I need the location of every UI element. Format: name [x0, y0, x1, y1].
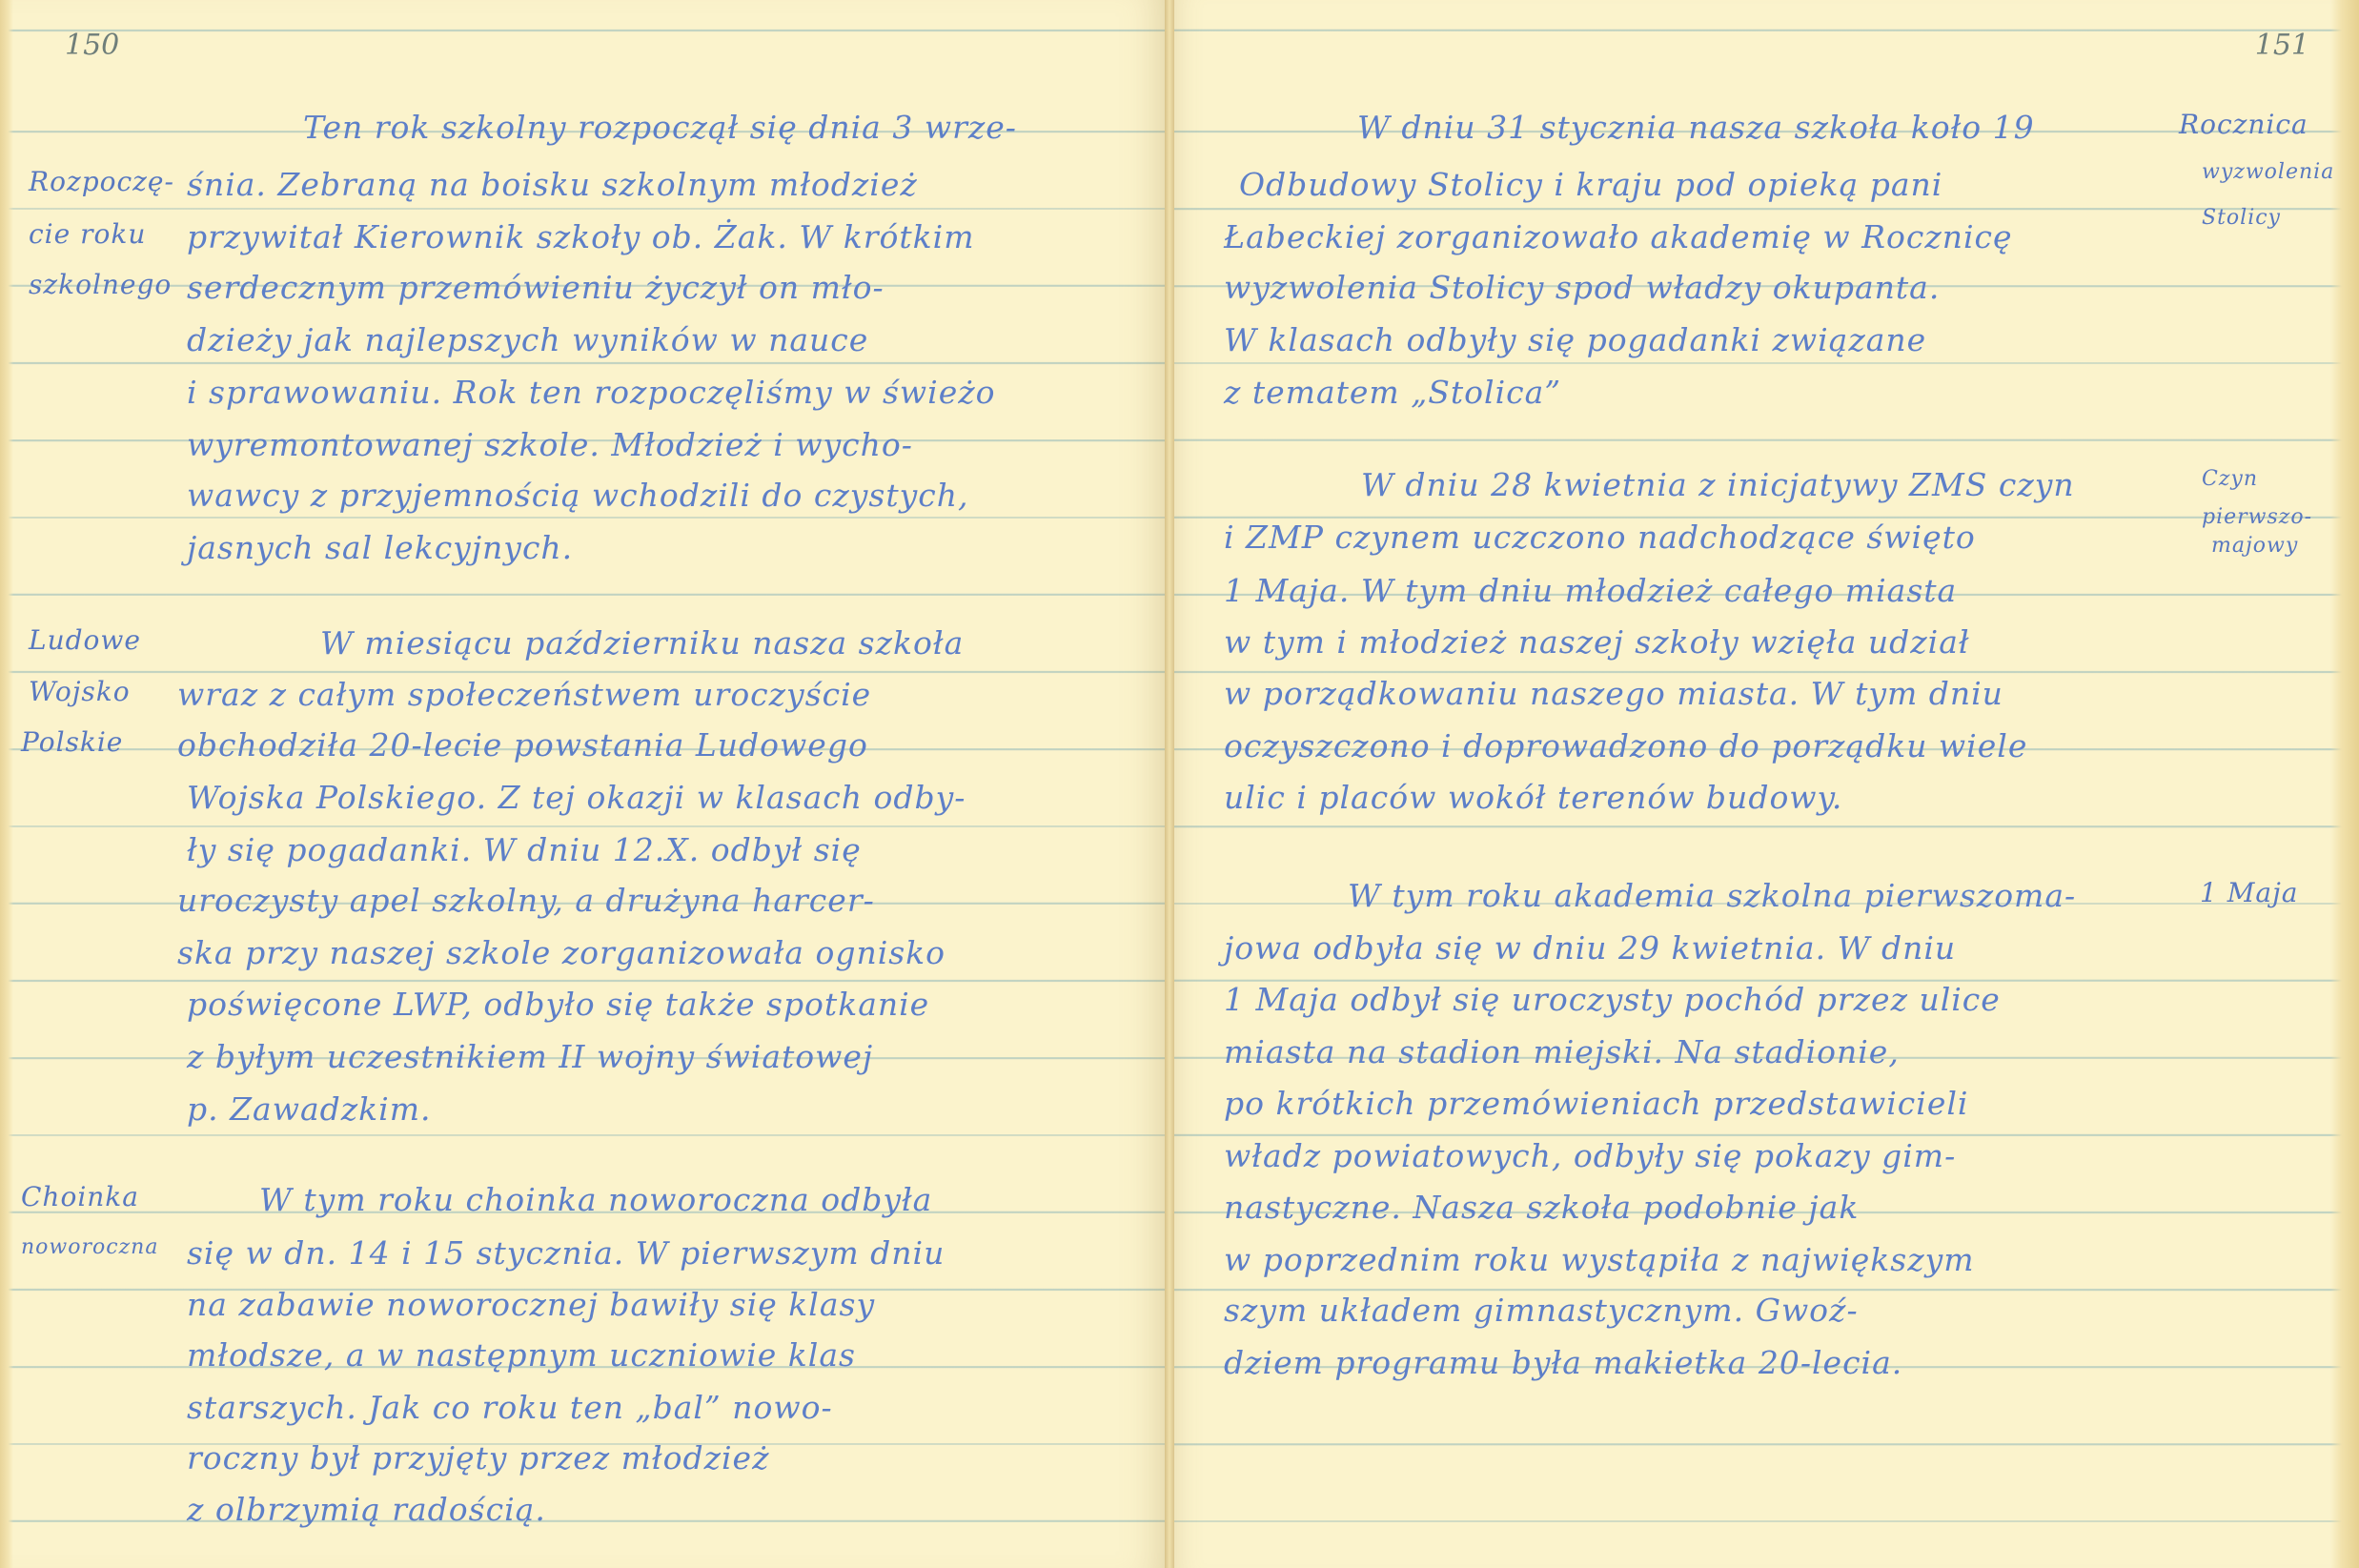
handwritten-line: roczny był przyjęty przez młodzież [187, 1442, 769, 1474]
handwritten-line: Ten rok szkolny rozpoczął się dnia 3 wrz… [303, 112, 1017, 143]
handwritten-line: dziem programu była makietka 20-lecia. [1224, 1347, 1902, 1378]
handwritten-line: miasta na stadion miejski. Na stadionie, [1224, 1036, 1900, 1068]
handwritten-line: W tym roku akademia szkolna pierwszoma- [1348, 880, 2076, 911]
margin-note: Czyn [2202, 469, 2258, 490]
handwritten-line: ulic i placów wokół terenów budowy. [1224, 782, 1842, 813]
margin-note: Stolicy [2202, 208, 2281, 229]
handwritten-line: W miesiącu październiku nasza szkoła [320, 627, 964, 659]
handwritten-line: z tematem „Stolica” [1224, 377, 1561, 408]
handwritten-line: jasnych sal lekcyjnych. [187, 532, 573, 563]
handwritten-line: na zabawie noworocznej bawiły się klasy [187, 1289, 875, 1320]
handwritten-line: serdecznym przemówieniu życzył on mło- [187, 272, 885, 303]
handwritten-line: ska przy naszej szkole zorganizowała ogn… [177, 937, 946, 968]
margin-note: Polskie [21, 729, 123, 756]
right-page: 151 W dniu 31 stycznia nasza szkoła koło… [1170, 0, 2359, 1568]
handwritten-line: nastyczne. Nasza szkoła podobnie jak [1224, 1191, 1859, 1223]
margin-note: Rozpoczę- [29, 169, 174, 195]
handwritten-line: wyremontowanej szkole. Młodzież i wycho- [187, 429, 913, 460]
margin-note: Choinka [21, 1184, 139, 1211]
handwritten-line: W tym roku choinka noworoczna odbyła [259, 1184, 932, 1215]
handwritten-line: w porządkowaniu naszego miasta. W tym dn… [1224, 678, 2003, 709]
handwritten-line: Odbudowy Stolicy i kraju pod opieką pani [1239, 169, 1942, 200]
handwritten-line: Łabeckiej zorganizowało akademię w Roczn… [1224, 221, 2013, 253]
handwritten-line: przywitał Kierownik szkoły ob. Żak. W kr… [187, 221, 975, 253]
handwritten-line: młodsze, a w następnym uczniowie klas [187, 1339, 856, 1371]
handwritten-line: p. Zawadzkim. [187, 1093, 431, 1125]
handwritten-line: i sprawowaniu. Rok ten rozpoczęliśmy w ś… [187, 377, 996, 408]
margin-note: Ludowe [29, 627, 141, 654]
left-page: 150 Ten rok szkolny rozpoczął się dnia 3… [0, 0, 1170, 1568]
margin-note: majowy [2211, 536, 2298, 557]
page-number: 150 [65, 29, 119, 62]
book-spine-gutter [1165, 0, 1174, 1568]
handwritten-line: się w dn. 14 i 15 stycznia. W pierwszym … [187, 1237, 945, 1269]
handwritten-line: W dniu 28 kwietnia z inicjatywy ZMS czyn [1361, 469, 2075, 500]
handwritten-line: dzieży jak najlepszych wyników w nauce [187, 324, 868, 356]
handwritten-line: wraz z całym społeczeństwem uroczyście [177, 679, 871, 710]
handwritten-line: z olbrzymią radością. [187, 1494, 546, 1525]
handwritten-line: szym układem gimnastycznym. Gwoź- [1224, 1294, 1859, 1326]
handwritten-line: ły się pogadanki. W dniu 12.X. odbył się [187, 834, 862, 865]
handwritten-line: W dniu 31 stycznia nasza szkoła koło 19 [1357, 112, 2035, 143]
handwritten-line: oczyszczono i doprowadzono do porządku w… [1224, 730, 2027, 762]
handwritten-line: 1 Maja odbył się uroczysty pochód przez … [1224, 984, 2001, 1015]
handwritten-line: wawcy z przyjemnością wchodzili do czyst… [187, 479, 968, 511]
handwritten-line: poświęcone LWP, odbyło się także spotkan… [187, 988, 929, 1020]
handwritten-line: władz powiatowych, odbyły się pokazy gim… [1224, 1140, 1956, 1171]
handwritten-line: w tym i młodzież naszej szkoły wzięła ud… [1224, 626, 1970, 658]
margin-note: pierwszo- [2202, 507, 2312, 528]
margin-note: Rocznica [2179, 112, 2308, 138]
margin-note: wyzwolenia [2202, 162, 2334, 183]
handwritten-line: 1 Maja. W tym dniu młodzież całego miast… [1224, 575, 1957, 606]
margin-note: cie roku [29, 221, 146, 248]
handwritten-line: po krótkich przemówieniach przedstawicie… [1224, 1088, 1968, 1119]
margin-note: szkolnego [29, 272, 172, 298]
notebook-spread: 150 Ten rok szkolny rozpoczął się dnia 3… [0, 0, 2359, 1568]
handwritten-line: i ZMP czynem uczczono nadchodzące święto [1224, 521, 1976, 553]
handwritten-line: obchodziła 20-lecie powstania Ludowego [177, 729, 868, 761]
handwritten-line: W klasach odbyły się pogadanki związane [1224, 324, 1926, 356]
margin-note: noworoczna [21, 1237, 158, 1258]
handwritten-line: uroczysty apel szkolny, a drużyna harcer… [177, 885, 875, 916]
margin-note: 1 Maja [2200, 880, 2298, 906]
handwritten-line: w poprzednim roku wystąpiła z największy… [1224, 1244, 1975, 1275]
margin-note: Wojsko [29, 679, 131, 705]
handwritten-line: Wojska Polskiego. Z tej okazji w klasach… [187, 782, 966, 813]
handwritten-line: z byłym uczestnikiem II wojny światowej [187, 1041, 873, 1072]
handwritten-line: wyzwolenia Stolicy spod władzy okupanta. [1224, 272, 1940, 303]
handwritten-line: starszych. Jak co roku ten „bal” nowo- [187, 1392, 833, 1423]
handwritten-line: jowa odbyła się w dniu 29 kwietnia. W dn… [1224, 932, 1956, 964]
page-number: 151 [2255, 29, 2309, 62]
handwritten-line: śnia. Zebraną na boisku szkolnym młodzie… [187, 169, 918, 200]
